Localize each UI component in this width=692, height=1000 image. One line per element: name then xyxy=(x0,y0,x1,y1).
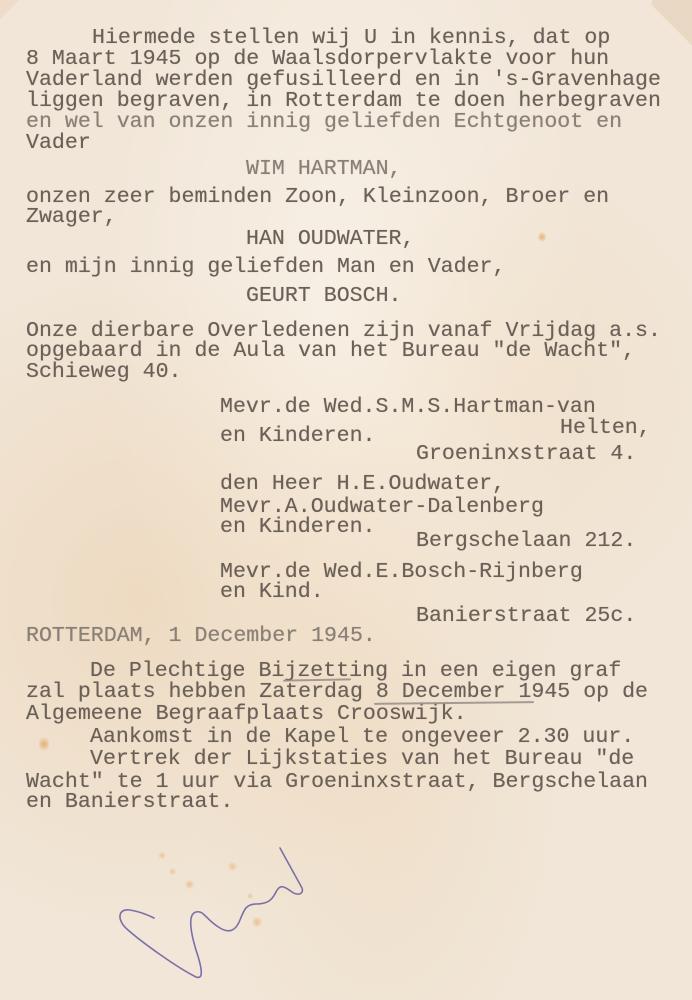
foxing-stain xyxy=(538,232,546,242)
text-line: Zwager, xyxy=(26,207,117,228)
text-line: en wel van onzen innig geliefden Echtgen… xyxy=(26,112,622,133)
text-line: Schieweg 40. xyxy=(26,362,182,383)
deceased-name-wim-hartman: WIM HARTMAN, xyxy=(246,159,402,180)
text-line: en Kinderen. xyxy=(220,426,376,447)
text-line: en mijn innig geliefden Man en Vader, xyxy=(26,257,505,278)
deceased-name-geurt-bosch: GEURT BOSCH. xyxy=(246,286,402,307)
text-line: Vaderland werden gefusilleerd en in 's-G… xyxy=(26,70,661,91)
foxing-stain xyxy=(39,737,49,751)
paper-corner-top-left xyxy=(0,0,18,20)
text-line: en Kind. xyxy=(220,582,324,603)
text-line: Aankomst in de Kapel te ongeveer 2.30 uu… xyxy=(90,727,634,748)
deceased-name-han-oudwater: HAN OUDWATER, xyxy=(246,229,414,250)
paper-sheet: Hiermede stellen wij U in kennis, dat op… xyxy=(0,0,692,1000)
text-line: en Kinderen. xyxy=(220,517,376,538)
text-line: den Heer H.E.Oudwater, xyxy=(220,474,505,495)
text-line: Hiermede stellen wij U in kennis, dat op xyxy=(92,28,610,49)
place-date: ROTTERDAM, 1 December 1945. xyxy=(26,626,376,647)
paper-corner-top-right xyxy=(652,0,692,60)
text-line: liggen begraven, in Rotterdam te doen he… xyxy=(26,91,661,112)
text-line: Vader xyxy=(26,133,91,154)
address-line: Bergschelaan 212. xyxy=(416,531,636,552)
text-line: en Banierstraat. xyxy=(26,792,233,813)
text-line: De Plechtige Bijzetting in een eigen gra… xyxy=(90,661,621,682)
address-line: Banierstraat 25c. xyxy=(416,606,636,627)
text-line: opgebaard in de Aula van het Bureau "de … xyxy=(26,341,635,362)
text-line: Algemeene Begraafplaats Crooswijk. xyxy=(26,704,467,725)
text-line: zal plaats hebben Zaterdag 8 December 19… xyxy=(26,682,648,703)
text-line: Mevr.de Wed.S.M.S.Hartman-van xyxy=(220,397,596,418)
text-line: 8 Maart 1945 op de Waalsdorpervlakte voo… xyxy=(26,49,609,70)
address-line: Groeninxstraat 4. xyxy=(416,444,636,465)
text-line: Helten, xyxy=(560,418,651,439)
text-line: Vertrek der Lijkstaties van het Bureau "… xyxy=(90,749,634,770)
handwritten-signature xyxy=(80,840,340,990)
